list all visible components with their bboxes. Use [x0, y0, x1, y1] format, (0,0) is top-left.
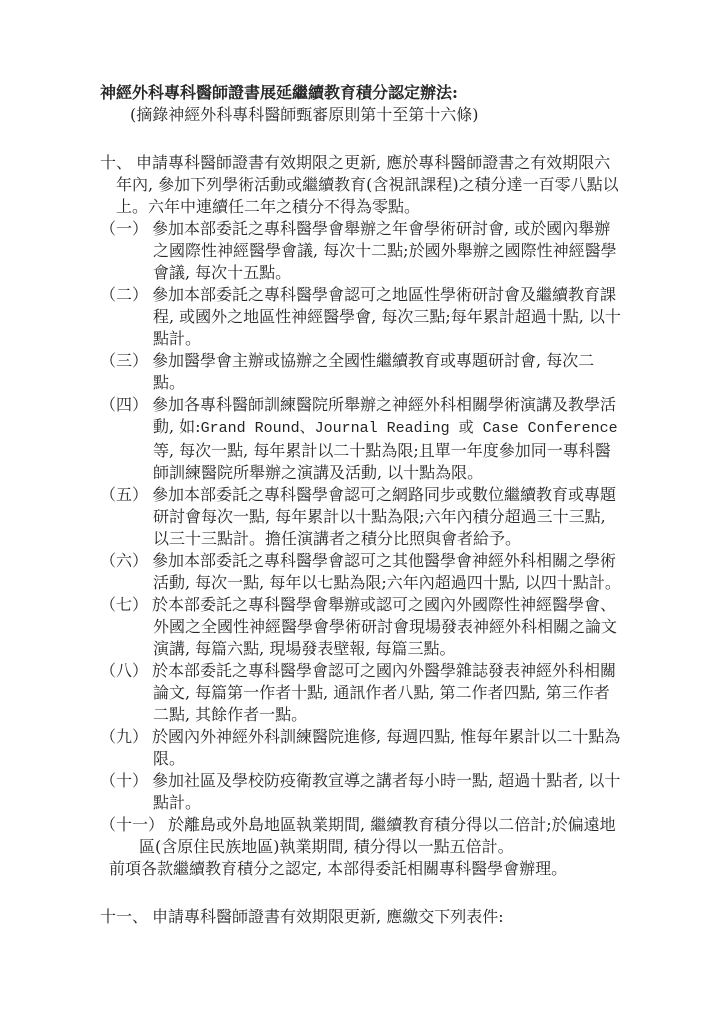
credit-item: （四）參加各專科醫師訓練醫院所舉辦之神經外科相關學術演講及教學活動, 如:Gra… [100, 394, 624, 484]
item-text: 參加本部委託之專科醫學會認可之其他醫學會神經外科相關之學術活動, 每次一點, 每… [152, 551, 621, 592]
article-11-marker: 十一、 [100, 907, 148, 926]
article-11-text: 申請專科醫師證書有效期限更新, 應繳交下列表件: [152, 907, 504, 926]
document-title: 神經外科專科醫師證書展延繼續教育積分認定辦法: [100, 82, 624, 104]
article-10: 十、申請專科醫師證書有效期限之更新, 應於專科醫師證書之有效期限六年內, 參加下… [100, 152, 624, 880]
credit-item: （十一）於離島或外島地區執業期間, 繼續教育積分得以二倍計;於偏遠地區(含原住民… [100, 814, 624, 858]
item-marker: （九） [100, 727, 148, 746]
credit-item: （一）參加本部委託之專科醫學會舉辦之年會學術研討會, 或於國內舉辦之國際性神經醫… [100, 218, 624, 284]
credit-item: （二）參加本部委託之專科醫學會認可之地區性學術研討會及繼續教育課程, 或國外之地… [100, 284, 624, 350]
credit-item: （五）參加本部委託之專科醫學會認可之網路同步或數位繼續教育或專題研討會每次一點,… [100, 484, 624, 550]
credit-item: （六）參加本部委託之專科醫學會認可之其他醫學會神經外科相關之學術活動, 每次一點… [100, 550, 624, 594]
item-marker: （二） [100, 285, 148, 304]
credit-item: （八）於本部委託之專科醫學會認可之國內外醫學雜誌發表神經外科相關論文, 每篇第一… [100, 660, 624, 726]
credit-item: （九）於國內外神經外科訓練醫院進修, 每週四點, 惟每年累計以二十點為限。 [100, 726, 624, 770]
item-text-english: Grand Round、Journal Reading 或 Case Confe… [201, 420, 618, 437]
item-marker: （七） [100, 595, 148, 614]
article-10-marker: 十、 [100, 153, 132, 172]
article-10-text: 申請專科醫師證書有效期限之更新, 應於專科醫師證書之有效期限六年內, 參加下列學… [116, 153, 619, 216]
article-11-paragraph: 十一、申請專科醫師證書有效期限更新, 應繳交下列表件: [100, 906, 624, 928]
item-marker: （十） [100, 771, 148, 790]
item-text: 參加本部委託之專科醫學會舉辦之年會學術研討會, 或於國內舉辦之國際性神經醫學會議… [152, 219, 617, 282]
item-marker: （四） [100, 395, 148, 414]
article-10-paragraph: 十、申請專科醫師證書有效期限之更新, 應於專科醫師證書之有效期限六年內, 參加下… [100, 152, 624, 218]
credit-item: （三）參加醫學會主辦或協辦之全國性繼續教育或專題研討會, 每次二點。 [100, 350, 624, 394]
item-text: 於本部委託之專科醫學會認可之國內外醫學雜誌發表神經外科相關論文, 每篇第一作者十… [152, 661, 616, 724]
credit-item: （七）於本部委託之專科醫學會舉辦或認可之國內外國際性神經醫學會、外國之全國性神經… [100, 594, 624, 660]
item-text: 參加本部委託之專科醫學會認可之網路同步或數位繼續教育或專題研討會每次一點, 每年… [152, 485, 616, 548]
item-marker: （一） [100, 219, 148, 238]
item-text: 於本部委託之專科醫學會舉辦或認可之國內外國際性神經醫學會、外國之全國性神經醫學會… [152, 595, 617, 658]
document-page: 神經外科專科醫師證書展延繼續教育積分認定辦法: (摘錄神經外科專科醫師甄審原則第… [0, 0, 724, 1024]
item-marker: （十一） [100, 815, 164, 834]
item-marker: （三） [100, 351, 148, 370]
item-marker: （八） [100, 661, 148, 680]
item-text: 於國內外神經外科訓練醫院進修, 每週四點, 惟每年累計以二十點為限。 [152, 727, 620, 768]
document-content: 神經外科專科醫師證書展延繼續教育積分認定辦法: (摘錄神經外科專科醫師甄審原則第… [100, 82, 624, 928]
item-text: 參加醫學會主辦或協辦之全國性繼續教育或專題研討會, 每次二點。 [152, 351, 594, 392]
item-marker: （六） [100, 551, 148, 570]
item-marker: （五） [100, 485, 148, 504]
item-text: 於離島或外島地區執業期間, 繼續教育積分得以二倍計;於偏遠地區(含原住民族地區)… [139, 815, 616, 856]
article-11: 十一、申請專科醫師證書有效期限更新, 應繳交下列表件: [100, 906, 624, 928]
closing-note: 前項各款繼續教育積分之認定, 本部得委託相關專科醫學會辦理。 [100, 858, 624, 880]
item-text: 參加社區及學校防疫衛教宣導之講者每小時一點, 超過十點者, 以十點計。 [152, 771, 620, 812]
credit-item: （十）參加社區及學校防疫衛教宣導之講者每小時一點, 超過十點者, 以十點計。 [100, 770, 624, 814]
item-text: 參加本部委託之專科醫學會認可之地區性學術研討會及繼續教育課程, 或國外之地區性神… [152, 285, 621, 348]
document-subtitle: (摘錄神經外科專科醫師甄審原則第十至第十六條) [100, 104, 624, 126]
item-text: 等, 每次一點, 每年累計以二十點為限;且單一年度參加同一專科醫師訓練醫院所舉辦… [153, 441, 611, 482]
